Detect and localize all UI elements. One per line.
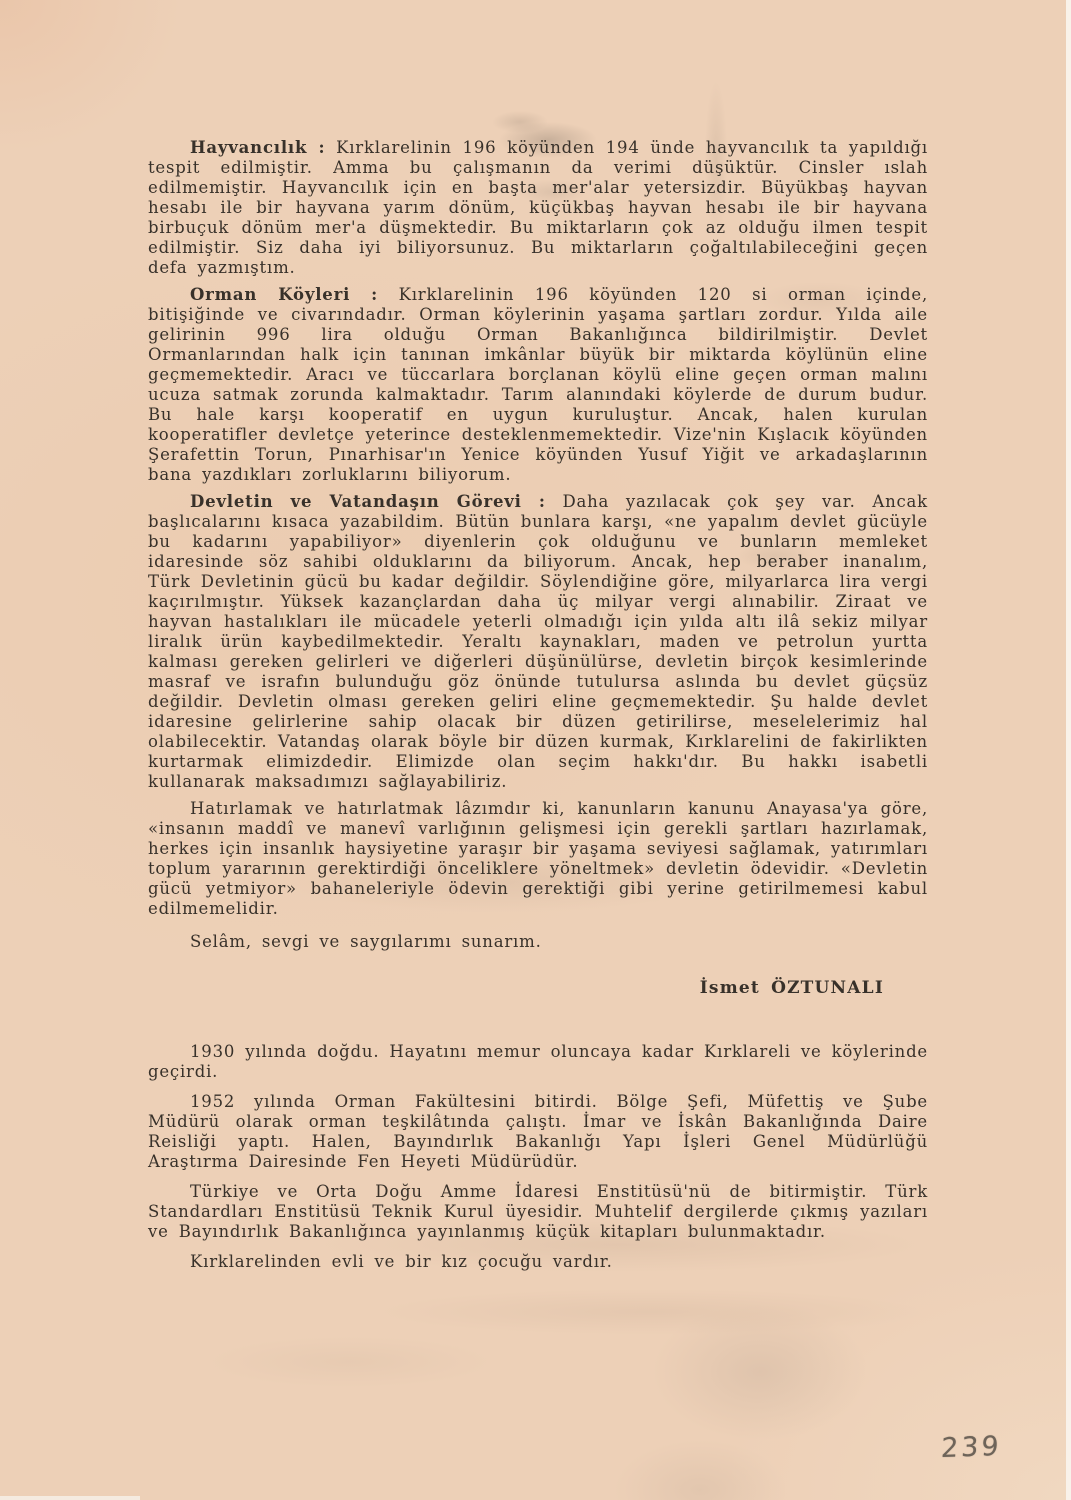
paragraph-lead-hayvancilik: Hayvancılık : <box>190 138 325 157</box>
paragraph-lead-devletin-gorevi: Devletin ve Vatandaşın Görevi : <box>190 492 546 511</box>
paragraph-hayvancilik: Hayvancılık : Kırklarelinin 196 köyünden… <box>148 138 928 278</box>
closing-salutation: Selâm, sevgi ve saygılarımı sunarım. <box>148 932 928 952</box>
bio-paragraph-birth: 1930 yılında doğdu. Hayatını memur olunc… <box>148 1042 928 1082</box>
letter-body: Hayvancılık : Kırklarelinin 196 köyünden… <box>148 138 928 1282</box>
scan-edge-strip-bottom <box>0 1496 140 1500</box>
biography-section: 1930 yılında doğdu. Hayatını memur olunc… <box>148 1042 928 1272</box>
scanned-document-page: Hayvancılık : Kırklarelinin 196 köyünden… <box>0 0 1071 1500</box>
bio-paragraph-career: 1952 yılında Orman Fakültesini bitirdi. … <box>148 1092 928 1172</box>
paragraph-devletin-gorevi: Devletin ve Vatandaşın Görevi : Daha yaz… <box>148 492 928 792</box>
paragraph-text: Hatırlamak ve hatırlatmak lâzımdır ki, k… <box>148 799 928 918</box>
paragraph-text: Kırklarelinin 196 köyünden 120 si orman … <box>148 285 928 484</box>
signature-name: İsmet ÖZTUNALI <box>148 978 884 998</box>
paragraph-hatirlamak: Hatırlamak ve hatırlatmak lâzımdır ki, k… <box>148 799 928 919</box>
bio-paragraph-education: Türkiye ve Orta Doğu Amme İdaresi Enstit… <box>148 1182 928 1242</box>
paragraph-lead-orman-koyleri: Orman Köyleri : <box>190 285 378 304</box>
paragraph-text: Daha yazılacak çok şey var. Ancak başlıc… <box>148 492 928 791</box>
paragraph-text: Kırklarelinin 196 köyünden 194 ünde hayv… <box>148 138 928 277</box>
scan-edge-strip-right <box>1066 0 1071 1500</box>
handwritten-page-number: 239 <box>940 1431 1002 1464</box>
bio-paragraph-family: Kırklarelinden evli ve bir kız çocuğu va… <box>148 1252 928 1272</box>
paragraph-orman-koyleri: Orman Köyleri : Kırklarelinin 196 köyünd… <box>148 285 928 485</box>
